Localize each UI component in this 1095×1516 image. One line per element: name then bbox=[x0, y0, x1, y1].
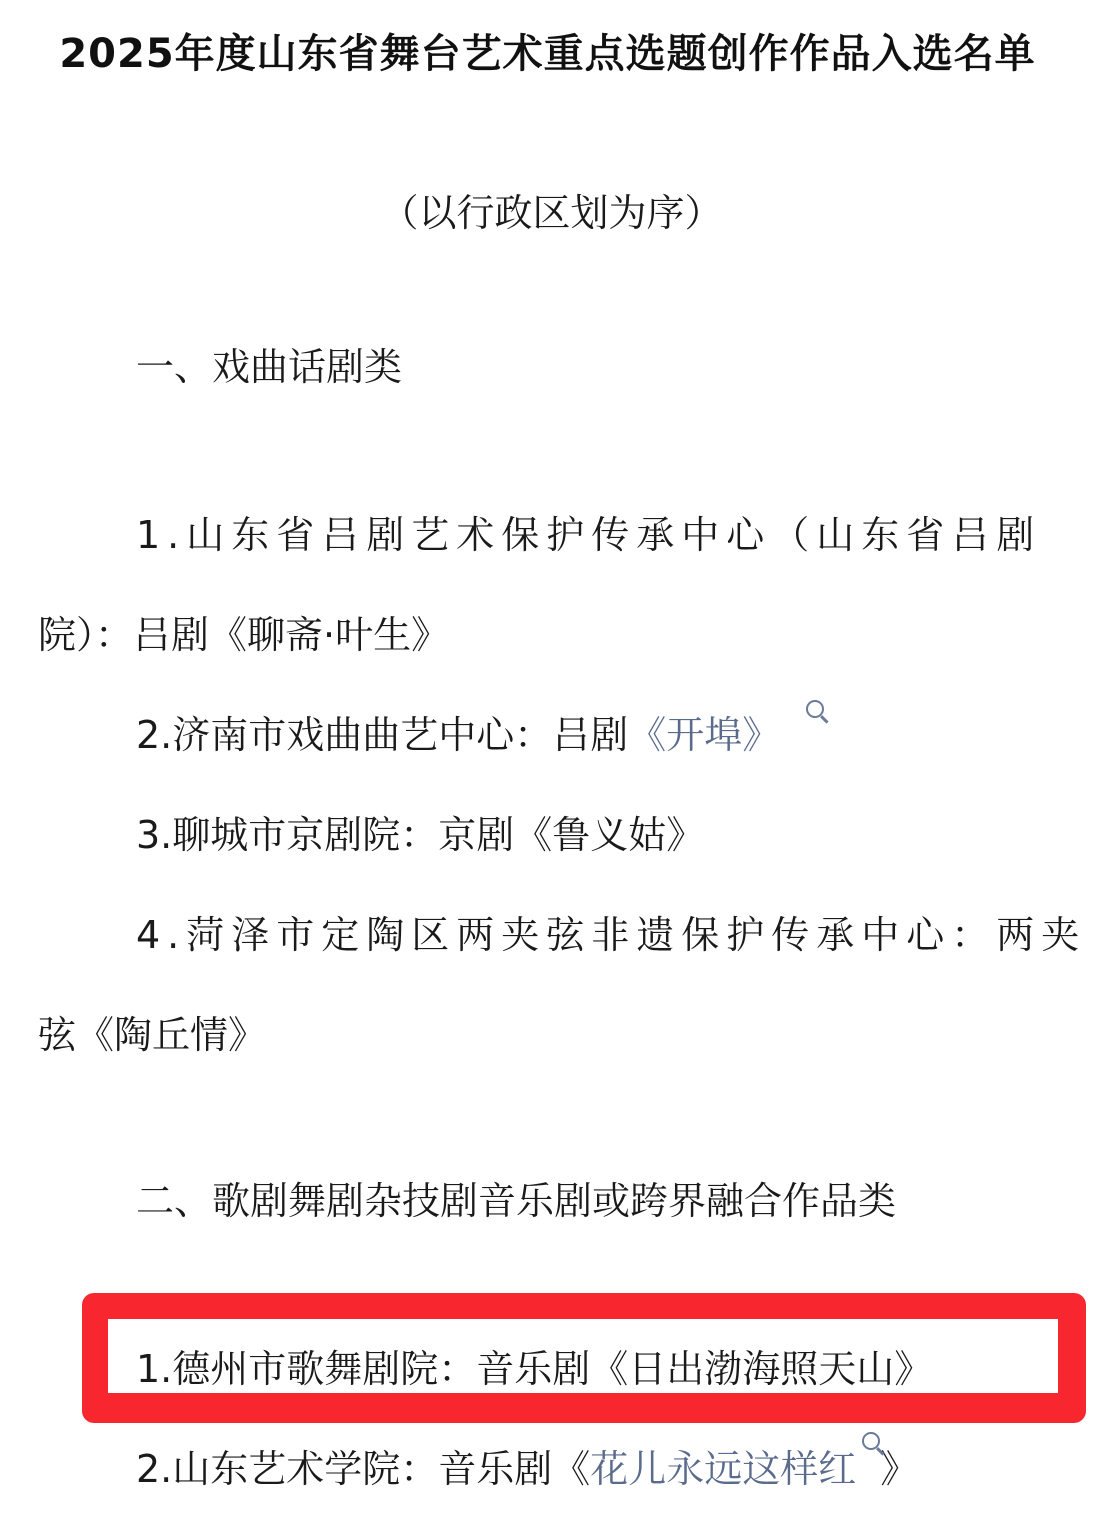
document-title: 2025年度山东省舞台艺术重点选题创作作品入选名单 bbox=[0, 22, 1095, 79]
work-title: 《聊斋·叶生》 bbox=[209, 613, 449, 657]
list-item-highlighted: 1.德州市歌舞剧院：音乐剧《日出渤海照天山》 bbox=[136, 1338, 932, 1393]
work-title-link[interactable]: 花儿永远这样红 bbox=[590, 1447, 856, 1491]
work-title: 《陶丘情》 bbox=[76, 1013, 266, 1057]
list-item-prefix: 2.济南市戏曲曲艺中心：吕剧 bbox=[136, 713, 628, 757]
work-title: 《日出渤海照天山》 bbox=[590, 1347, 932, 1391]
list-item-line2: 弦《陶丘情》 bbox=[38, 1004, 266, 1059]
list-item-suffix: 》 bbox=[880, 1447, 918, 1491]
list-item: 2.山东艺术学院：音乐剧《花儿永远这样红》 bbox=[136, 1438, 918, 1493]
document-subtitle: （以行政区划为序） bbox=[0, 182, 1095, 237]
list-item-line1: 1.山东省吕剧艺术保护传承中心（山东省吕剧 bbox=[136, 504, 1041, 559]
list-item-prefix: 2.山东艺术学院：音乐剧《 bbox=[136, 1447, 590, 1491]
search-icon[interactable] bbox=[862, 1432, 880, 1450]
search-icon[interactable] bbox=[806, 700, 824, 718]
list-item: 2.济南市戏曲曲艺中心：吕剧《开埠》 bbox=[136, 704, 824, 759]
list-item-line2: 院）：吕剧《聊斋·叶生》 bbox=[38, 604, 449, 659]
work-title: 《鲁义姑》 bbox=[514, 813, 704, 857]
list-item-prefix: 1.德州市歌舞剧院：音乐剧 bbox=[136, 1347, 590, 1391]
section-heading-opera-dance: 二、歌剧舞剧杂技剧音乐剧或跨界融合作品类 bbox=[136, 1170, 896, 1225]
list-item-prefix: 弦 bbox=[38, 1013, 76, 1057]
section-heading-opera-drama: 一、戏曲话剧类 bbox=[136, 336, 402, 391]
list-item-prefix: 3.聊城市京剧院：京剧 bbox=[136, 813, 514, 857]
list-item: 3.聊城市京剧院：京剧《鲁义姑》 bbox=[136, 804, 704, 859]
list-item-prefix: 院）：吕剧 bbox=[38, 613, 209, 657]
work-title-link[interactable]: 《开埠》 bbox=[628, 713, 780, 757]
list-item-line1: 4.菏泽市定陶区两夹弦非遗保护传承中心：两夹 bbox=[136, 904, 1086, 959]
